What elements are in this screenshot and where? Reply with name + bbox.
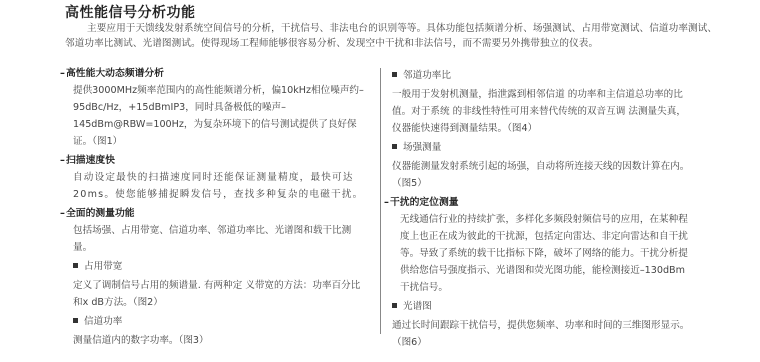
subsection-heading-text: 占用带宽 — [84, 261, 122, 272]
section-heading-text: 干扰的定位测量 — [390, 197, 459, 208]
section-sweep-speed: –扫描速度快 自动设定最快的扫描速度同时还能保证测量精度，最快可达20ms。使您… — [64, 153, 369, 203]
subsection-body: 测量信道内的数字功率。（图3） — [73, 332, 369, 349]
square-bullet-icon — [392, 72, 397, 77]
section-heading-text: 全面的测量功能 — [66, 208, 135, 219]
square-bullet-icon — [392, 303, 397, 308]
section-heading: –全面的测量功能 — [60, 206, 369, 221]
square-bullet-icon — [73, 263, 78, 268]
section-body: 无线通信行业的持续扩张，多样化多频段射频信号的应用，在某种程度上也正在成为彼此的… — [400, 211, 694, 296]
subsection-heading: 光谱图 — [392, 299, 694, 314]
page-title: 高性能信号分析功能 — [65, 2, 196, 22]
subsection-body: 一般用于发射机测量，指泄露到相邻信道 的功率和主信道总功率的比值。对于系统 的非… — [392, 86, 694, 137]
section-body: 自动设定最快的扫描速度同时还能保证测量精度，最快可达20ms。使您能够捕捉瞬发信… — [73, 169, 369, 203]
section-dynamic-spectrum: –高性能大动态频谱分析 提供3000MHz频率范围内的高性能频谱分析，偏10kH… — [64, 66, 369, 150]
square-bullet-icon — [73, 318, 78, 323]
section-heading-text: 高性能大动态频谱分析 — [66, 68, 164, 79]
subsection-heading: 邻道功率比 — [392, 68, 694, 83]
subsection-heading-text: 邻道功率比 — [403, 70, 451, 81]
left-column: –高性能大动态频谱分析 提供3000MHz频率范围内的高性能频谱分析，偏10kH… — [64, 66, 369, 352]
subsection-heading-text: 光谱图 — [403, 301, 432, 312]
subsection-body: 通过长时间跟踪干扰信号，提供您频率、功率和时间的三维图形显示。（图6） — [392, 317, 694, 351]
square-bullet-icon — [392, 144, 397, 149]
subsection-heading-text: 信道功率 — [84, 316, 122, 327]
subsection-heading: 信道功率 — [73, 314, 369, 329]
section-interference-location: –干扰的定位测量 无线通信行业的持续扩张，多样化多频段射频信号的应用，在某种程度… — [392, 195, 694, 296]
section-heading: –干扰的定位测量 — [384, 195, 694, 210]
section-heading-text: 扫描速度快 — [66, 155, 115, 166]
subsection-body: 仪器能测量发射系统引起的场强，自动将所连接天线的因数计算在内。（图5） — [392, 158, 694, 192]
subsection-body: 定义了调制信号占用的频谱量. 有两种定 义带宽的方法：功率百分比和x dB方法。… — [73, 277, 369, 311]
section-heading: –扫描速度快 — [60, 153, 369, 168]
section-body: 提供3000MHz频率范围内的高性能频谱分析，偏10kHz相位噪声约–95dBc… — [73, 82, 369, 150]
section-heading: –高性能大动态频谱分析 — [60, 66, 369, 81]
subsection-heading: 占用带宽 — [73, 259, 369, 274]
right-column: 邻道功率比 一般用于发射机测量，指泄露到相邻信道 的功率和主信道总功率的比值。对… — [392, 66, 694, 354]
intro-paragraph: 主要应用于天馈线发射系统空间信号的分析，干扰信号、非法电台的识别等等。具体功能包… — [65, 21, 725, 51]
subsection-heading: 场强测量 — [392, 140, 694, 155]
section-measurement-functions: –全面的测量功能 包括场强、占用带宽、信道功率、邻道功率比、光谱图和载干比测量。… — [64, 206, 369, 349]
subsection-heading-text: 场强测量 — [403, 142, 441, 153]
column-divider — [380, 68, 381, 334]
section-body: 包括场强、占用带宽、信道功率、邻道功率比、光谱图和载干比测量。 — [73, 222, 369, 256]
